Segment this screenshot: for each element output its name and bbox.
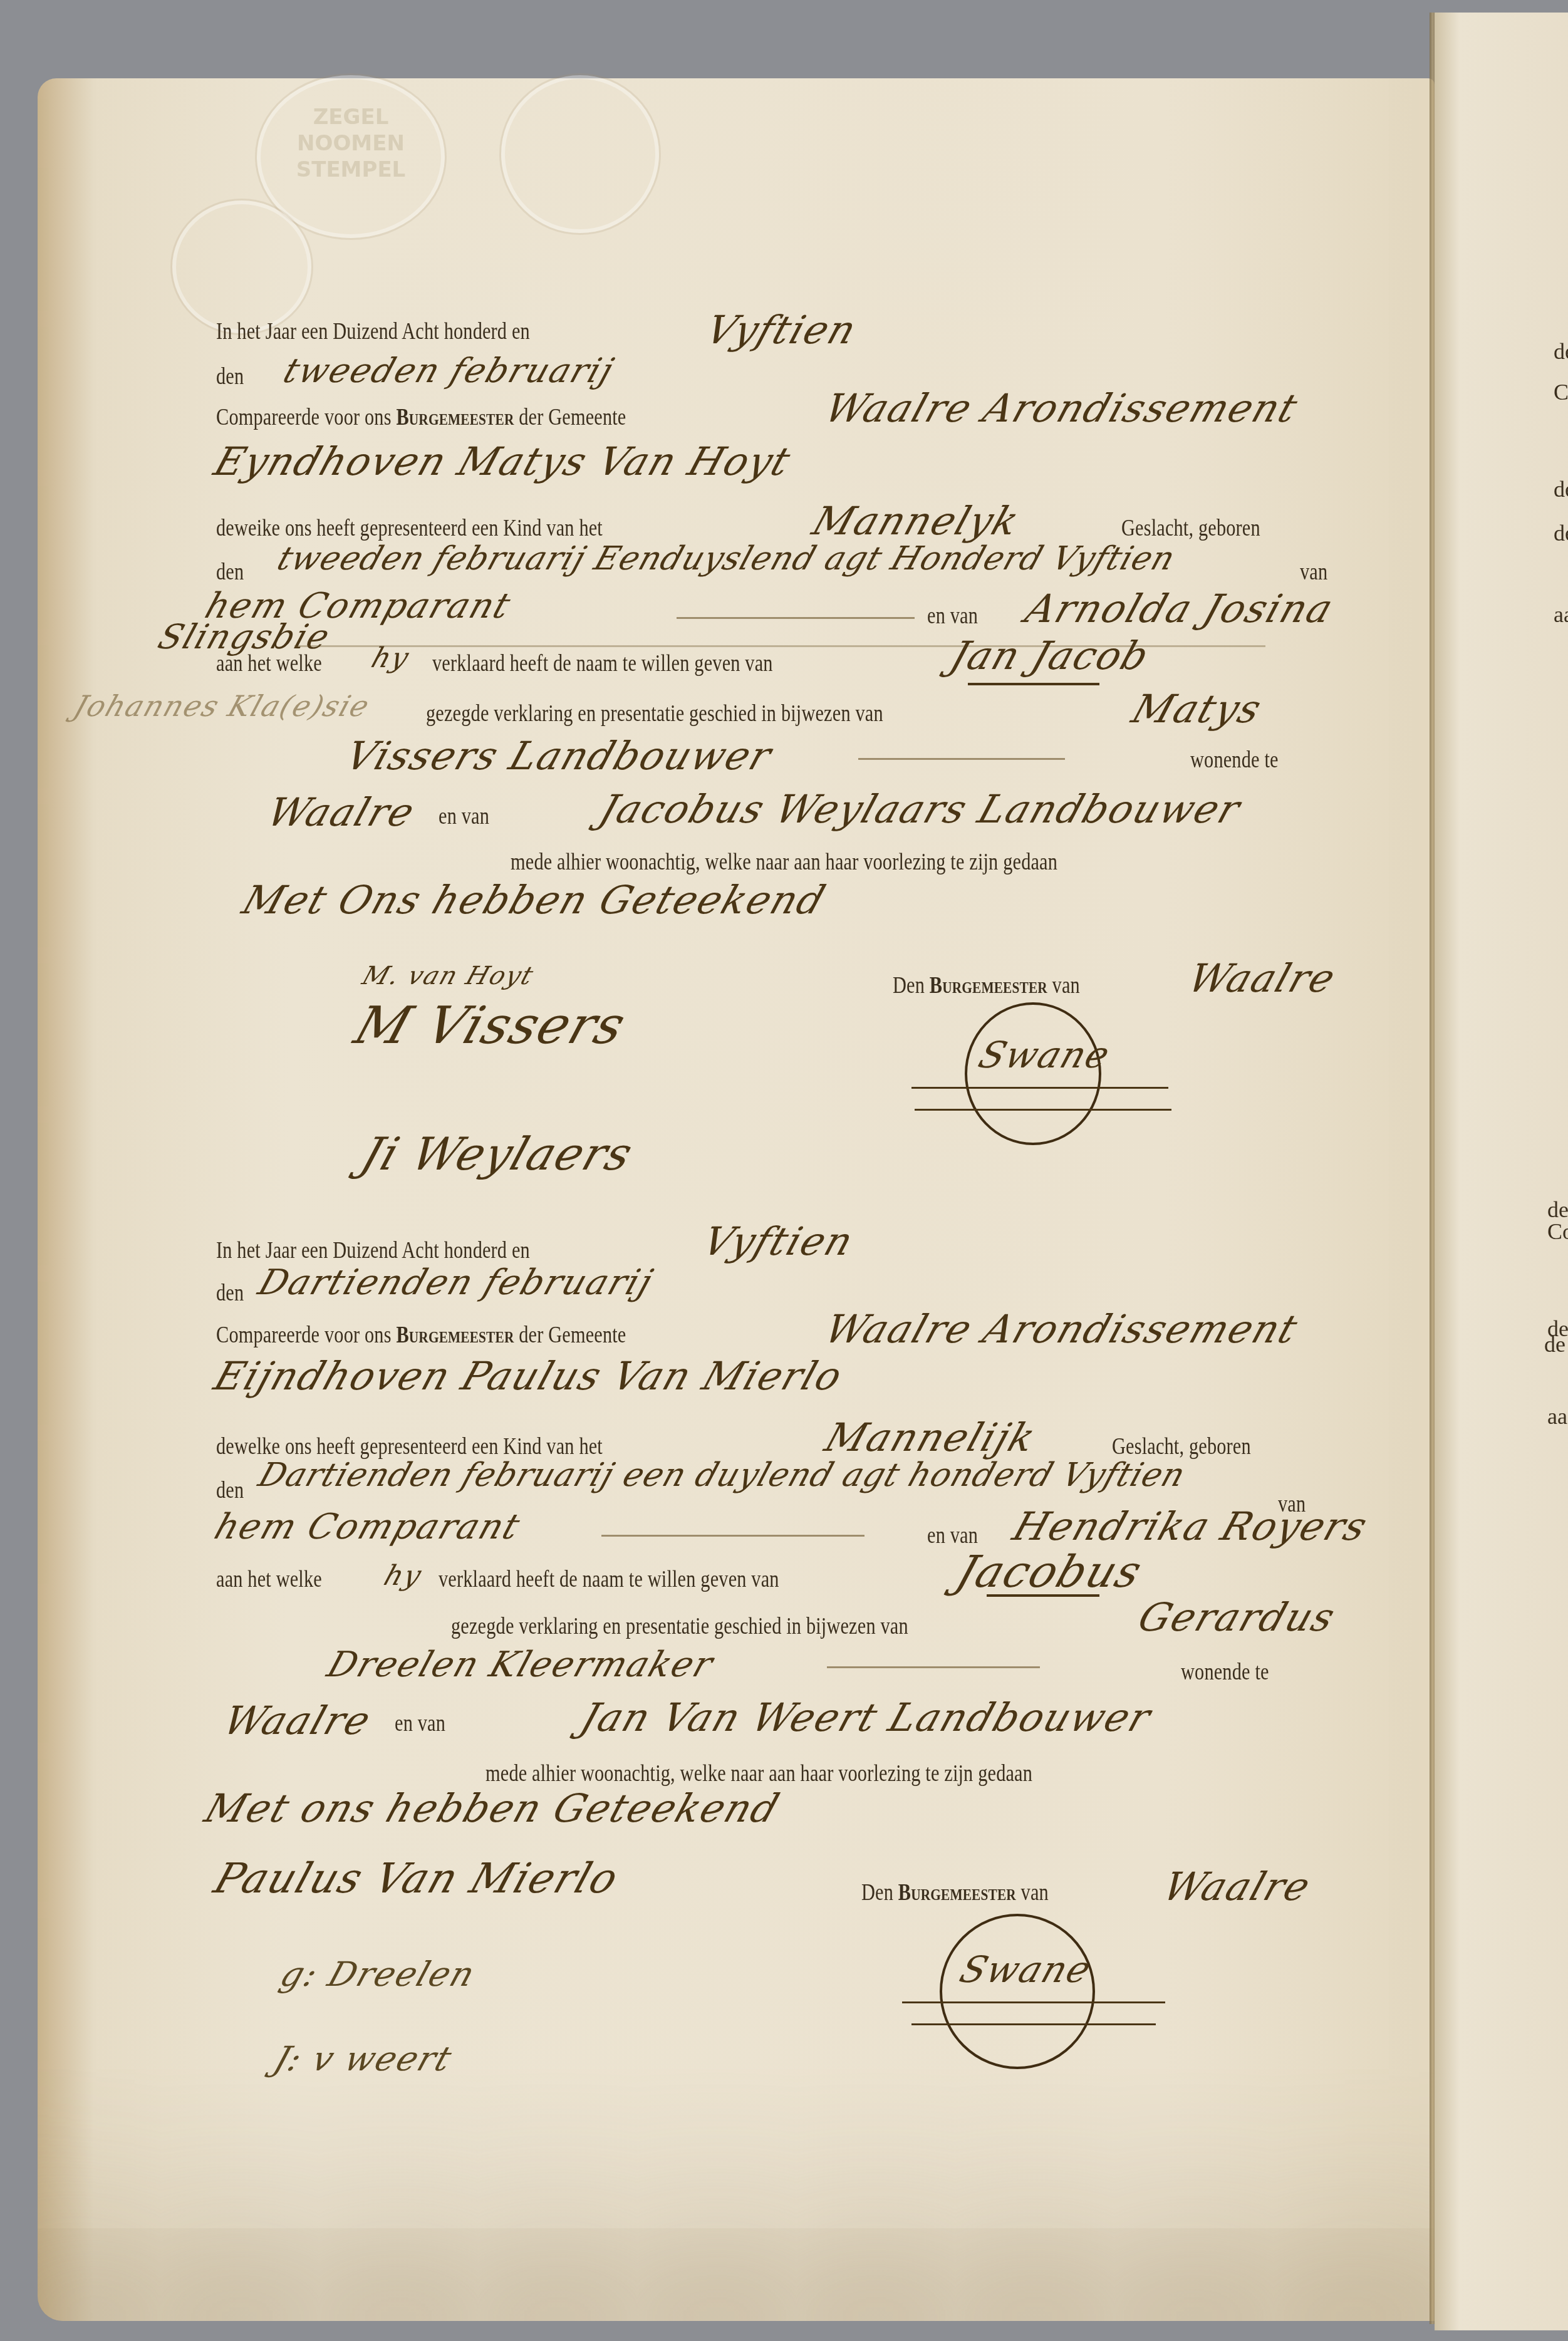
mayor-place-hand: Waalre — [1183, 955, 1342, 1001]
residence-hand: Waalre — [262, 789, 421, 835]
wonende-label: wonende te — [1190, 747, 1279, 774]
child-sex-hand: Mannelyk — [807, 498, 1025, 544]
wonende-label: wonende te — [1181, 1659, 1269, 1686]
right-page-fragment: de — [1554, 338, 1568, 365]
mayor-signature-underline — [911, 2023, 1156, 2025]
margin-annotation: Johannes Kla(e)sie — [70, 689, 375, 723]
en-van-label: en van — [439, 803, 489, 830]
right-page-fragment: de — [1554, 476, 1568, 502]
signature-father: Paulus Van Mierlo — [208, 1854, 625, 1902]
signed-statement-hand: Met Ons hebben Geteekend — [237, 877, 832, 923]
record-date-hand: tweeden februarij — [279, 351, 620, 390]
naming-label-b: verklaard heeft de naam te willen geven … — [439, 1566, 779, 1593]
mayor-signature-underline — [911, 1087, 1168, 1089]
embossed-stamp-right — [501, 75, 659, 233]
signature-father-small: M. van Hoyt — [359, 962, 538, 990]
witness1-hand: Vissers Landbouwer — [340, 733, 778, 779]
declarant-hand: Eijndhoven Paulus Van Mierlo — [209, 1353, 849, 1399]
child-sex-label: deweike ons heeft gepresenteerd een Kind… — [216, 515, 603, 542]
record-date-hand: Dartienden februarij — [253, 1262, 658, 1303]
mayor-signature-underline — [902, 2001, 1165, 2003]
mede-alhier-label: mede alhier woonachtig, welke naar aan h… — [511, 849, 1057, 876]
mother-hand: Hendrika Royers — [1007, 1503, 1374, 1549]
filler-dash — [601, 1535, 864, 1537]
birth-date-label: den — [216, 1477, 244, 1504]
witness2-hand: Jan Van Weert Landbouwer — [575, 1695, 1157, 1740]
birth-date-hand: tweeden februarij Eenduyslend agt Honder… — [273, 540, 1180, 578]
witness1-hand: Dreelen Kleermaker — [322, 1644, 719, 1685]
father-hand: hem Comparant — [209, 1507, 526, 1547]
embossed-stamp-small — [172, 200, 311, 333]
mayor-signature-flourish — [940, 1914, 1095, 2069]
mayor-signature-underline — [915, 1109, 1171, 1111]
mayor-label: Den Burgemeester van — [861, 1879, 1049, 1906]
birth-date-hand: Dartienden februarij een duylend agt hon… — [254, 1456, 1190, 1494]
record-year-label: In het Jaar een Duizend Acht honderd en — [216, 1237, 530, 1264]
child-name-hand: Jan Jacob — [945, 633, 1156, 678]
child-name-underline — [987, 1594, 1099, 1597]
mayor-signature: Swane — [955, 1948, 1098, 1991]
en-van-label: en van — [927, 1522, 978, 1549]
record-year-hand: Vyftien — [700, 307, 863, 353]
signature-witness1: M Vissers — [348, 996, 634, 1056]
record-year-label: In het Jaar een Duizend Acht honderd en — [216, 318, 530, 345]
child-name-underline — [968, 683, 1099, 685]
declarant-hand: Eyndhoven Matys Van Hoyt — [209, 439, 797, 484]
witness-label: gezegde verklaring en presentatie geschi… — [451, 1613, 908, 1640]
child-name-hand: Jacobus — [950, 1546, 1150, 1597]
van-label: van — [1300, 559, 1327, 586]
record-date-label: den — [216, 363, 244, 390]
naming-label-a: aan het welke — [216, 1566, 322, 1593]
birth-date-label: den — [216, 559, 244, 586]
signature-witness1: g: Dreelen — [276, 1954, 480, 1994]
naming-label-a: aan het welke — [216, 650, 322, 677]
right-page-fragment: aa — [1547, 1403, 1567, 1430]
witness-label: gezegde verklaring en presentatie geschi… — [426, 700, 883, 727]
record-date-label: den — [216, 1280, 244, 1307]
filler-dash — [677, 617, 915, 619]
residence-hand: Waalre — [218, 1698, 377, 1743]
witness1-firstname-hand: Gerardus — [1133, 1594, 1342, 1640]
right-page-fragment: aa — [1554, 601, 1568, 628]
signature-witness2: Ji Weylaers — [355, 1128, 640, 1180]
mother-hand: Arnolda Josina — [1020, 586, 1339, 631]
right-page-fragment: de — [1544, 1331, 1565, 1357]
signature-witness2: J: v weert — [269, 2039, 458, 2079]
naming-label-b: verklaard heeft de naam te willen geven … — [432, 650, 773, 677]
right-page-fragment: Co — [1554, 379, 1568, 405]
witness2-hand: Jacobus Weylaars Landbouwer — [594, 786, 1247, 832]
filler-dash — [858, 758, 1065, 760]
mayor-place-hand: Waalre — [1158, 1864, 1317, 1909]
geslacht-label: Geslacht, geboren — [1121, 515, 1260, 542]
child-sex-hand: Mannelijk — [819, 1414, 1042, 1460]
en-van-label: en van — [395, 1710, 445, 1737]
signed-statement-hand: Met ons hebben Geteekend — [199, 1785, 786, 1831]
compareerde-label: Compareerde voor ons Burgemeester der Ge… — [216, 1322, 626, 1349]
right-page-fragment: Co — [1547, 1218, 1568, 1245]
record-year-hand: Vyftien — [697, 1218, 859, 1264]
witness1-firstname-hand: Matys — [1126, 686, 1268, 732]
mede-alhier-label: mede alhier woonachtig, welke naar aan h… — [485, 1760, 1032, 1787]
municipality-hand: Waalre Arondissement — [819, 385, 1304, 431]
register-page-right — [1435, 13, 1568, 2330]
municipality-hand: Waalre Arondissement — [819, 1306, 1304, 1352]
compareerde-label: Compareerde voor ons Burgemeester der Ge… — [216, 404, 626, 431]
filler-dash — [827, 1666, 1040, 1668]
mayor-signature: Swane — [974, 1034, 1116, 1076]
embossed-stamp-large: ZEGEL NOOMEN STEMPEL — [257, 75, 445, 238]
mayor-label: Den Burgemeester van — [893, 972, 1080, 999]
right-page-fragment: de — [1554, 520, 1568, 546]
en-van-label: en van — [927, 603, 978, 630]
